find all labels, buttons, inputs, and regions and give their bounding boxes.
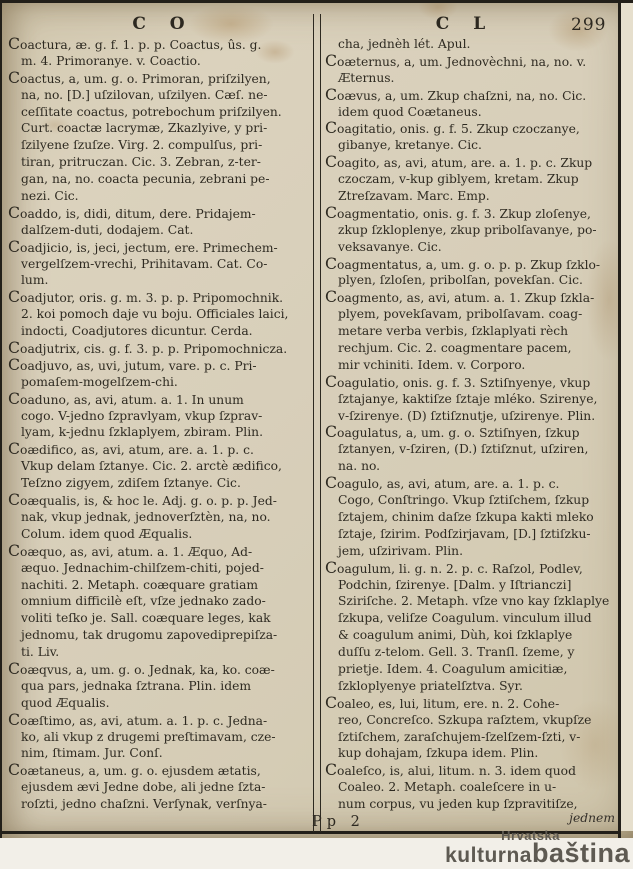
dictionary-entry: Coagulatio, onis. g. f. 3. Sztiſnyenye, … bbox=[325, 374, 617, 425]
catchword: jednem bbox=[430, 811, 615, 825]
text-line: gan, na, no. coacta pecunia, zebrani pe- bbox=[8, 171, 311, 188]
text-line: czoczam, v-kup giblyem, kretam. Zkup bbox=[325, 171, 617, 188]
text-line: Coaleo. 2. Metaph. coaleſcere in u- bbox=[325, 779, 617, 796]
text-line: Coæternus, a, um. Jednovèchni, na, no. v… bbox=[325, 53, 617, 70]
text-line: dalſzem-duti, dodajem. Cat. bbox=[8, 222, 311, 239]
text-line: omnium difficilè eſt, vſze jednako zado- bbox=[8, 593, 311, 610]
dictionary-entry: Coædifico, as, avi, atum, are. a. 1. p. … bbox=[8, 441, 311, 492]
text-line: mir vchiniti. Idem. v. Corporo. bbox=[325, 357, 617, 374]
text-line: Coaduno, as, avi, atum. a. 1. In unum bbox=[8, 391, 311, 408]
text-line: zkup ſzkloplenye, zkup pribolſavanye, po… bbox=[325, 222, 617, 239]
running-head-left: C O bbox=[118, 14, 208, 34]
text-line: lum. bbox=[8, 272, 311, 289]
text-line: tiran, pritruczan. Cic. 3. Zebran, z-ter… bbox=[8, 154, 311, 171]
text-line: metare verba verbis, ſzklaplyati rèch bbox=[325, 323, 617, 340]
text-line: Colum. idem quod Æqualis. bbox=[8, 526, 311, 543]
text-line: v-ſzirenye. (D) ſztiſznutje, uſzirenye. … bbox=[325, 408, 617, 425]
dictionary-entry: Coagmentatio, onis. g. f. 3. Zkup zloſen… bbox=[325, 205, 617, 256]
text-line: plyem, povekſavam, pribolſavam. coag- bbox=[325, 306, 617, 323]
text-line: nachiti. 2. Metaph. coæquare gratiam bbox=[8, 577, 311, 594]
dictionary-entry: Coæquo, as, avi, atum. a. 1. Æquo, Ad-æq… bbox=[8, 543, 311, 661]
page-border-left bbox=[0, 0, 2, 838]
text-line: Vkup delam ſztanye. Cic. 2. arctè ædific… bbox=[8, 458, 311, 475]
text-line: cogo. V-jedno ſzpravlyam, vkup ſzprav- bbox=[8, 408, 311, 425]
column-divider-rule bbox=[313, 14, 321, 832]
right-column: cha, jednèh lét. Apul.Coæternus, a, um. … bbox=[325, 36, 617, 813]
text-line: na, no. [D.] uſzilovan, uſzilyen. Cæſ. n… bbox=[8, 87, 311, 104]
left-column: Coactura, æ. g. f. 1. p. p. Coactus, ûs.… bbox=[8, 36, 311, 813]
dictionary-entry: Coætaneus, a, um. g. o. ejusdem ætatis,e… bbox=[8, 762, 311, 813]
text-line: Coagmentatus, a, um. g. o. p. p. Zkup ſz… bbox=[325, 256, 617, 273]
text-line: gibanye, kretanye. Cic. bbox=[325, 137, 617, 154]
dictionary-entry: Coaleo, es, lui, litum, ere. n. 2. Cohe-… bbox=[325, 695, 617, 763]
text-line: reo, Concreſco. Szkupa raſztem, vkupſze bbox=[325, 712, 617, 729]
text-line: nak, vkup jednak, jednoverſztèn, na, no. bbox=[8, 509, 311, 526]
dictionary-entry: Coagmento, as, avi, atum. a. 1. Zkup ſzk… bbox=[325, 289, 617, 373]
text-line: Coagmento, as, avi, atum. a. 1. Zkup ſzk… bbox=[325, 289, 617, 306]
text-line: ſztaje, ſzirim. Podſzirjavam, [D.] ſztiſ… bbox=[325, 526, 617, 543]
text-line: ſztajem, chinim daſze ſzkupa kakti mleko bbox=[325, 509, 617, 526]
text-line: Ztreſzavam. Marc. Emp. bbox=[325, 188, 617, 205]
text-line: Coagulatus, a, um. g. o. Sztiſnyen, ſzku… bbox=[325, 424, 617, 441]
dictionary-entry: Coagitatio, onis. g. f. 5. Zkup czoczany… bbox=[325, 120, 617, 154]
heritage-watermark: Hrvatska kulturnabaština bbox=[445, 829, 630, 867]
text-line: kup dohajam, ſzkupa idem. Plin. bbox=[325, 745, 617, 762]
text-line: jednomu, tak drugomu zapovediprepiſza- bbox=[8, 627, 311, 644]
text-line: Podchin, ſzirenye. [Dalm. y Iſtrianczi] bbox=[325, 577, 617, 594]
dictionary-entry: Coaleſco, is, alui, litum. n. 3. idem qu… bbox=[325, 762, 617, 813]
text-line: lyam, k-jednu ſzklaplyem, zbiram. Plin. bbox=[8, 424, 311, 441]
text-line: 2. koi pomoch daje vu boju. Officiales l… bbox=[8, 306, 311, 323]
text-line: Æternus. bbox=[325, 70, 617, 87]
dictionary-entry: Coævus, a, um. Zkup chaſzni, na, no. Cic… bbox=[325, 87, 617, 121]
text-line: indocti, Coadjutores dicuntur. Cerda. bbox=[8, 323, 311, 340]
text-line: Coagitatio, onis. g. f. 5. Zkup czoczany… bbox=[325, 120, 617, 137]
text-line: ſzilyene ſzuſze. Virg. 2. compulſus, pri… bbox=[8, 137, 311, 154]
text-line: qua pars, jednaka ſztrana. Plin. idem bbox=[8, 678, 311, 695]
text-line: Sziriſche. 2. Metaph. vſze vno kay ſzkla… bbox=[325, 593, 617, 610]
text-line: na. no. bbox=[325, 458, 617, 475]
text-line: Coædifico, as, avi, atum, are. a. 1. p. … bbox=[8, 441, 311, 458]
text-line: ceſſitate coactus, potrebochum priſzilye… bbox=[8, 104, 311, 121]
page-number: 299 bbox=[571, 15, 606, 35]
text-line: ti. Liv. bbox=[8, 644, 311, 661]
text-line: ſzkupa, veliſze Coagulum. vinculum illud bbox=[325, 610, 617, 627]
text-line: veksavanye. Cic. bbox=[325, 239, 617, 256]
text-line: Coagulatio, onis. g. f. 3. Sztiſnyenye, … bbox=[325, 374, 617, 391]
text-line: & coagulum animi, Dùh, koi ſzklaplye bbox=[325, 627, 617, 644]
text-line: rechjum. Cic. 2. coagmentare pacem, bbox=[325, 340, 617, 357]
text-line: pomaſem-mogelſzem-chi. bbox=[8, 374, 311, 391]
text-line: Coagmentatio, onis. g. f. 3. Zkup zloſen… bbox=[325, 205, 617, 222]
text-line: voliti teſko je. Sall. coæquare leges, k… bbox=[8, 610, 311, 627]
text-line: Coadjicio, is, jeci, jectum, ere. Primec… bbox=[8, 239, 311, 256]
text-line: Coadjuvo, as, uvi, jutum, vare. p. c. Pr… bbox=[8, 357, 311, 374]
text-line: Coæſtimo, as, avi, atum. a. 1. p. c. Jed… bbox=[8, 712, 311, 729]
text-line: cha, jednèh lét. Apul. bbox=[325, 36, 617, 53]
page-paper: C O C L 299 Coactura, æ. g. f. 1. p. p. … bbox=[0, 0, 633, 838]
dictionary-entry: Coagulatus, a, um. g. o. Sztiſnyen, ſzku… bbox=[325, 424, 617, 475]
dictionary-entry: Coagulo, as, avi, atum, are. a. 1. p. c.… bbox=[325, 475, 617, 559]
dictionary-entry: Coæqvus, a, um. g. o. Jednak, ka, ko. co… bbox=[8, 661, 311, 712]
text-line: jem, uſzirivam. Plin. bbox=[325, 543, 617, 560]
dictionary-entry: Coæſtimo, as, avi, atum. a. 1. p. c. Jed… bbox=[8, 712, 311, 763]
text-line: Coæqvus, a, um. g. o. Jednak, ka, ko. co… bbox=[8, 661, 311, 678]
text-line: Coaleſco, is, alui, litum. n. 3. idem qu… bbox=[325, 762, 617, 779]
text-line: Coætaneus, a, um. g. o. ejusdem ætatis, bbox=[8, 762, 311, 779]
dictionary-entry: Coæqualis, is, & hoc le. Adj. g. o. p. p… bbox=[8, 492, 311, 543]
text-line: duſſu z-telom. Gell. 3. Tranſl. ſzeme, y bbox=[325, 644, 617, 661]
dictionary-entry: Coactus, a, um. g. o. Primoran, priſzily… bbox=[8, 70, 311, 205]
text-line: Coadjutor, oris. g. m. 3. p. p. Pripomoc… bbox=[8, 289, 311, 306]
text-line: Coævus, a, um. Zkup chaſzni, na, no. Cic… bbox=[325, 87, 617, 104]
dictionary-entry: Coæternus, a, um. Jednovèchni, na, no. v… bbox=[325, 53, 617, 87]
dictionary-entry: Coagmentatus, a, um. g. o. p. p. Zkup ſz… bbox=[325, 256, 617, 290]
text-line: idem quod Coætaneus. bbox=[325, 104, 617, 121]
text-line: nezi. Cic. bbox=[8, 188, 311, 205]
dictionary-entry: Coadjutrix, cis. g. f. 3. p. p. Pripomoc… bbox=[8, 340, 311, 357]
text-line: roſzti, jedno chaſzni. Verſynak, verſnya… bbox=[8, 796, 311, 813]
text-line: ſzkloplyenye priatelſztva. Syr. bbox=[325, 678, 617, 695]
text-line: Coæquo, as, avi, atum. a. 1. Æquo, Ad- bbox=[8, 543, 311, 560]
dictionary-entry: Coagulum, li. g. n. 2. p. c. Raſzol, Pod… bbox=[325, 560, 617, 695]
text-line: nim, ſtimam. Jur. Conſ. bbox=[8, 745, 311, 762]
text-line: Coaddo, is, didi, ditum, dere. Pridajem- bbox=[8, 205, 311, 222]
text-line: Teſzno zigyem, zdiſem ſztanye. Cic. bbox=[8, 475, 311, 492]
text-line: quod Æqualis. bbox=[8, 695, 311, 712]
text-line: æquo. Jednachim-chilſzem-chiti, pojed- bbox=[8, 560, 311, 577]
running-head-right: C L bbox=[420, 14, 510, 34]
text-line: vergelſzem-vrechi, Prihitavam. Cat. Co- bbox=[8, 256, 311, 273]
text-line: Coæqualis, is, & hoc le. Adj. g. o. p. p… bbox=[8, 492, 311, 509]
dictionary-entry: Coadjicio, is, jeci, jectum, ere. Primec… bbox=[8, 239, 311, 290]
page-border-top bbox=[0, 0, 633, 3]
gathering-signature: Pp 2 bbox=[312, 814, 365, 830]
text-line: Coadjutrix, cis. g. f. 3. p. p. Pripomoc… bbox=[8, 340, 311, 357]
dictionary-entry: Coadjutor, oris. g. m. 3. p. p. Pripomoc… bbox=[8, 289, 311, 340]
text-line: plyen, ſzloſen, pribolſan, povekſan. Cic… bbox=[325, 272, 617, 289]
scanned-dictionary-page: C O C L 299 Coactura, æ. g. f. 1. p. p. … bbox=[0, 0, 633, 869]
text-line: Coaleo, es, lui, litum, ere. n. 2. Cohe- bbox=[325, 695, 617, 712]
text-line: ſztanyen, v-ſziren, (D.) ſztiſznut, uſzi… bbox=[325, 441, 617, 458]
text-line: ſztajanye, kaktiſze ſztaje mléko. Sziren… bbox=[325, 391, 617, 408]
watermark-line2a: kulturna bbox=[445, 844, 532, 867]
text-line: Coagulo, as, avi, atum, are. a. 1. p. c. bbox=[325, 475, 617, 492]
dictionary-entry: Coagito, as, avi, atum, are. a. 1. p. c.… bbox=[325, 154, 617, 205]
text-line: Coagito, as, avi, atum, are. a. 1. p. c.… bbox=[325, 154, 617, 171]
text-line: prietje. Idem. 4. Coagulum amicitiæ, bbox=[325, 661, 617, 678]
text-line: Cogo, Conſtringo. Vkup ſztiſchem, ſzkup bbox=[325, 492, 617, 509]
dictionary-entry: cha, jednèh lét. Apul. bbox=[325, 36, 617, 53]
dictionary-entry: Coactura, æ. g. f. 1. p. p. Coactus, ûs.… bbox=[8, 36, 311, 70]
text-line: ejusdem ævi Jedne dobe, ali jedne ſzta- bbox=[8, 779, 311, 796]
dictionary-entry: Coadjuvo, as, uvi, jutum, vare. p. c. Pr… bbox=[8, 357, 311, 391]
text-line: m. 4. Primoranye. v. Coactio. bbox=[8, 53, 311, 70]
text-line: ſztiſchem, zaraſchujem-ſzelſzem-ſzti, v- bbox=[325, 729, 617, 746]
text-line: Coactura, æ. g. f. 1. p. p. Coactus, ûs.… bbox=[8, 36, 311, 53]
dictionary-entry: Coaduno, as, avi, atum. a. 1. In unumcog… bbox=[8, 391, 311, 442]
text-line: Curt. coactæ lacrymæ, Zkazlyive, y pri- bbox=[8, 120, 311, 137]
text-line: Coagulum, li. g. n. 2. p. c. Raſzol, Pod… bbox=[325, 560, 617, 577]
text-line: Coactus, a, um. g. o. Primoran, priſzily… bbox=[8, 70, 311, 87]
page-right-margin bbox=[621, 3, 633, 831]
watermark-line2b: baština bbox=[532, 838, 630, 868]
dictionary-entry: Coaddo, is, didi, ditum, dere. Pridajem-… bbox=[8, 205, 311, 239]
text-line: ko, ali vkup z drugemi preſtimavam, cze- bbox=[8, 729, 311, 746]
